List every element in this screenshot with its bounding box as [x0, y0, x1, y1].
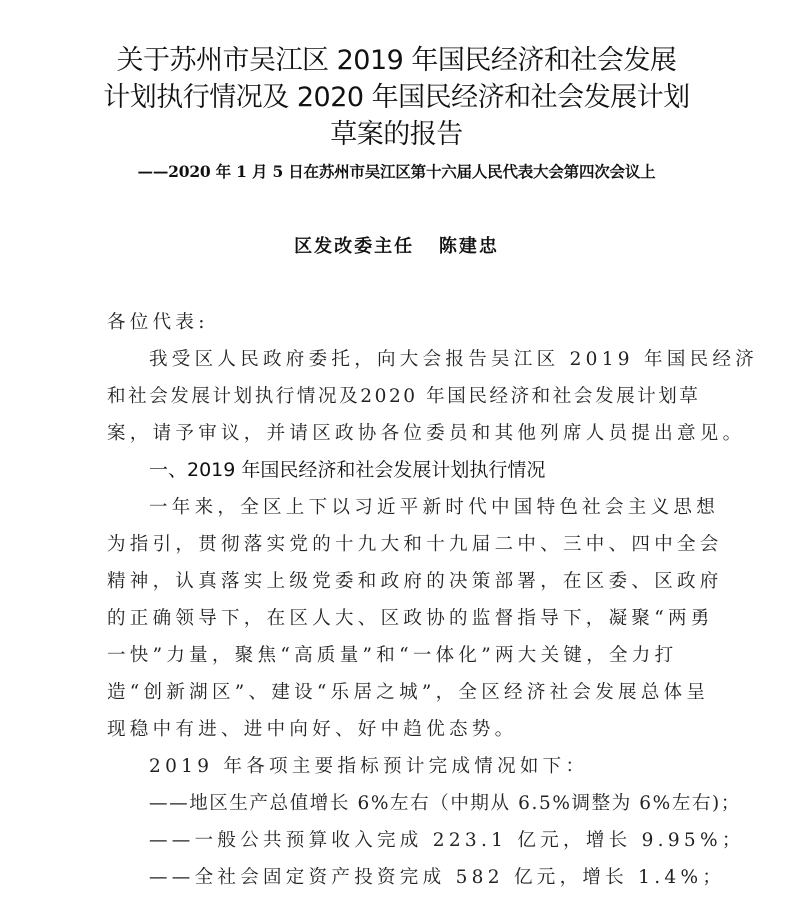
salutation: 各位代表: [107, 304, 693, 341]
indicator-item: ——一般公共预算收入完成 223.1 亿元，增长 9.95%； [107, 822, 693, 859]
section-line: 一年来，全区上下以习近平新时代中国特色社会主义思想 [107, 489, 693, 526]
report-subtitle: ——2020 年 1 月 5 日在苏州市吴江区第十六届人民代表大会第四次会议上 [0, 160, 793, 184]
intro-line: 我受区人民政府委托，向大会报告吴江区 2019 年国民经济 [107, 341, 693, 378]
intro-line: 案，请予审议，并请区政协各位委员和其他列席人员提出意见。 [107, 415, 693, 452]
section-line: 的正确领导下，在区人大、区政协的监督指导下，凝聚“两勇 [107, 600, 693, 637]
title-line-3: 草案的报告 [0, 116, 793, 153]
section-line: 造“创新湖区”、建设“乐居之城”，全区经济社会发展总体呈 [107, 674, 693, 711]
section-line: 现稳中有进、进中向好、好中趋优态势。 [107, 711, 693, 748]
title-line-2: 计划执行情况及 2020 年国民经济和社会发展计划 [0, 79, 793, 116]
section-line: 一快”力量，聚焦“高质量”和“一体化”两大关键，全力打 [107, 637, 693, 674]
section-line: 为指引，贯彻落实党的十九大和十九届二中、三中、四中全会 [107, 526, 693, 563]
report-title: 关于苏州市吴江区 2019 年国民经济和社会发展 计划执行情况及 2020 年国… [0, 42, 793, 153]
document-page: 关于苏州市吴江区 2019 年国民经济和社会发展 计划执行情况及 2020 年国… [0, 0, 793, 911]
indicators-intro: 2019 年各项主要指标预计完成情况如下： [107, 748, 693, 785]
report-author: 区发改委主任 陈建忠 [0, 233, 793, 261]
section-line: 精神，认真落实上级党委和政府的决策部署，在区委、区政府 [107, 563, 693, 600]
indicator-item: ——全社会固定资产投资完成 582 亿元，增长 1.4%； [107, 859, 693, 896]
report-body: 各位代表: 我受区人民政府委托，向大会报告吴江区 2019 年国民经济 和社会发… [107, 304, 693, 896]
title-line-1: 关于苏州市吴江区 2019 年国民经济和社会发展 [0, 42, 793, 79]
indicator-item: ——地区生产总值增长 6%左右（中期从 6.5%调整为 6%左右)； [107, 785, 693, 822]
intro-line: 和社会发展计划执行情况及2020 年国民经济和社会发展计划草 [107, 378, 693, 415]
section-heading: 一、2019 年国民经济和社会发展计划执行情况 [107, 452, 693, 489]
